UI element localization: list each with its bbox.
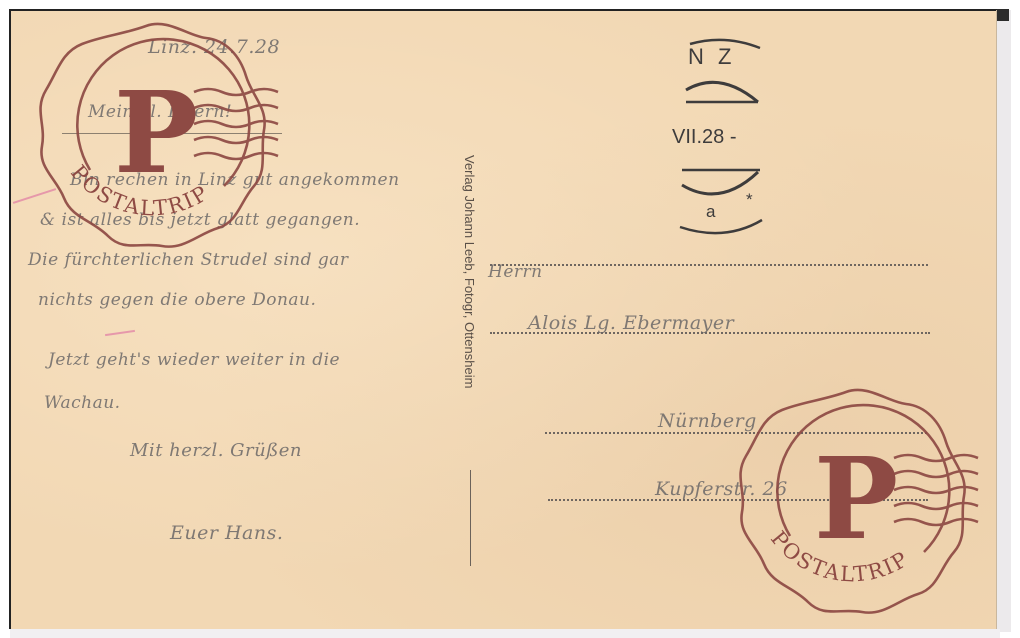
postmark-top: N Z <box>688 44 735 70</box>
message-signature: Euer Hans. <box>170 522 283 544</box>
watermark-letter: P <box>114 68 198 199</box>
address-name: Alois Lg. Ebermayer <box>528 312 734 334</box>
scan-corner <box>997 9 1009 21</box>
divider-line <box>470 470 471 566</box>
message-closing: Mit herzl. Grüßen <box>130 440 302 461</box>
postaltrip-watermark-icon: P POSTALTRIP <box>728 384 998 619</box>
postaltrip-watermark-icon: P POSTALTRIP <box>28 18 298 253</box>
postmark-star: * <box>746 190 753 210</box>
scan-border-top <box>10 9 1000 11</box>
scan-margin-right <box>996 10 1011 632</box>
postmark: N Z VII.28 - a * <box>670 30 780 240</box>
address-line <box>490 264 928 266</box>
scan-margin-bottom <box>10 629 1000 638</box>
postmark-bottom: a <box>706 202 715 222</box>
message-line: nichts gegen die obere Donau. <box>38 290 316 310</box>
message-line: Jetzt geht's wieder weiter in die <box>48 350 340 370</box>
address-title: Herrn <box>488 262 543 282</box>
postmark-date: VII.28 - <box>672 126 736 149</box>
watermark-letter: P <box>814 434 898 565</box>
publisher-imprint: Verlag Johann Leeb, Fotogr, Ottensheim <box>462 155 477 388</box>
scan-border-left <box>9 9 11 629</box>
message-line: Die fürchterlichen Strudel sind gar <box>28 250 349 270</box>
message-line: Wachau. <box>44 393 121 413</box>
